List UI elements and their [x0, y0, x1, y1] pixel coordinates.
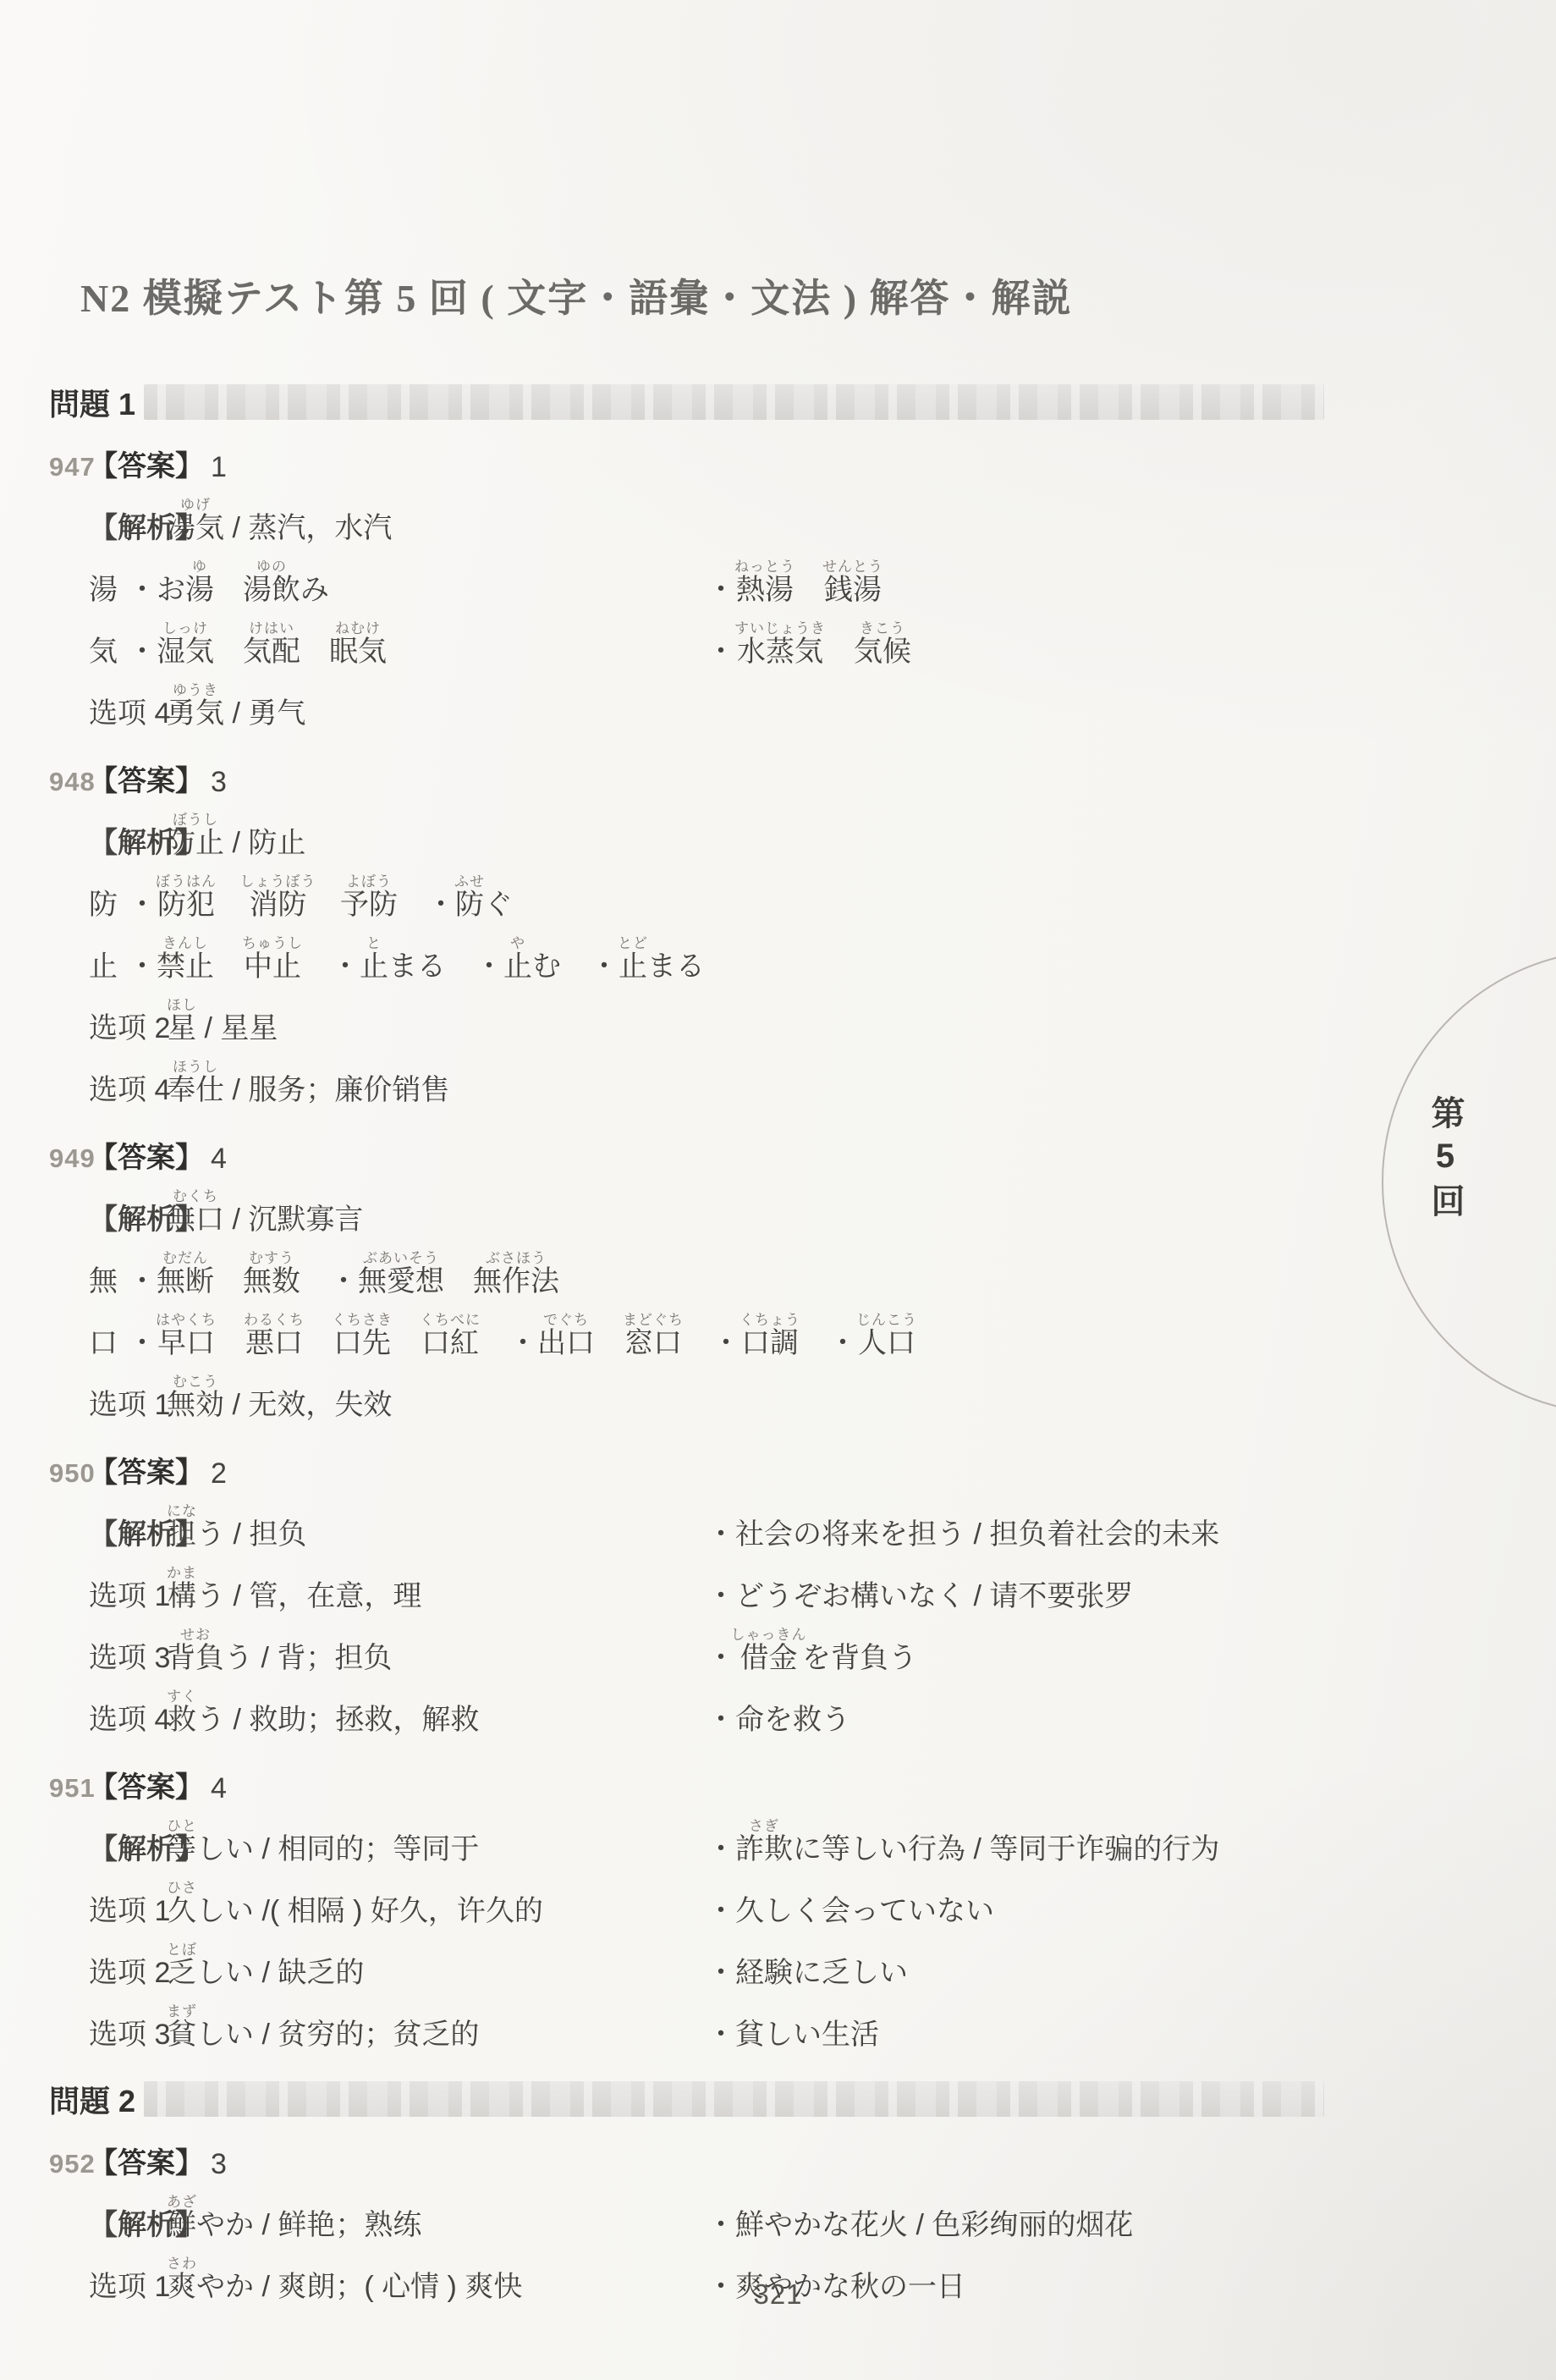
- row-text-left: 無効むこう / 无效，失效: [167, 1374, 392, 1423]
- row-text-left: 鮮あざやか / 鲜艳；熟练: [167, 2194, 421, 2243]
- ruby-word: 人口じんこう: [857, 1327, 917, 1359]
- text-run: ・: [128, 1265, 157, 1297]
- text-run: [304, 1327, 333, 1359]
- explanation-row: 选项 1久ひさしい /( 相隔 ) 好久，许久的・久しく会っていない: [89, 1869, 1522, 1931]
- row-text-left: 星ほし / 星星: [167, 997, 278, 1046]
- answer-value: 2: [211, 1457, 227, 1490]
- furigana: と: [360, 935, 388, 951]
- furigana: ねむけ: [329, 620, 387, 636]
- text-run: [214, 1265, 243, 1297]
- text-run: / 沉默寡言: [224, 1204, 363, 1236]
- answer-value: 3: [211, 2148, 227, 2181]
- explanation-row: 选项 3背負せおう / 背；担负・借金しゃっきんを背負う: [89, 1616, 1522, 1678]
- ruby-word: 星ほし: [167, 1012, 196, 1044]
- ruby-word: 無効むこう: [167, 1389, 224, 1421]
- text-run: ・命を救う: [707, 1704, 850, 1736]
- answer-value: 4: [211, 1143, 227, 1176]
- answer-row: 【答案】4: [89, 1135, 1522, 1177]
- row-label: 気: [89, 628, 128, 669]
- ruby-word: 勇気ゆうき: [167, 697, 224, 730]
- ruby-word: 救すく: [167, 1704, 196, 1736]
- furigana: ゆげ: [167, 497, 224, 513]
- text-run: しい / 缺乏的: [196, 1957, 364, 1989]
- furigana: むこう: [167, 1374, 224, 1390]
- furigana: しょうぼう: [240, 873, 316, 890]
- ruby-word: 湯気ゆげ: [167, 512, 224, 544]
- text-run: ・経験に乏しい: [707, 1957, 908, 1989]
- explanation-row: 选项 1無効むこう / 无效，失效: [89, 1363, 1522, 1424]
- answer-label: 【答案】: [89, 758, 204, 799]
- explanation-row: 【解析】無口むくち / 沉默寡言: [89, 1177, 1522, 1239]
- text-run: ・: [128, 1327, 157, 1359]
- row-label: 选项 3: [89, 2011, 167, 2052]
- row-label: 無: [89, 1258, 128, 1299]
- ruby-word: 気候きこう: [854, 636, 911, 668]
- ruby-word: 口調くちょう: [740, 1327, 800, 1359]
- answer-label: 【答案】: [89, 1764, 204, 1805]
- furigana: むすう: [243, 1250, 300, 1266]
- ruby-word: 口紅くちべに: [421, 1327, 480, 1359]
- answer-row: 【答案】3: [89, 2140, 1522, 2183]
- section-header: 問題 2: [49, 2080, 1324, 2118]
- chapter-tab-label: 第5回: [1421, 1095, 1470, 1226]
- row-text-right: ・経験に乏しい: [707, 1949, 908, 1991]
- furigana: ふせ: [454, 873, 485, 890]
- explanation-row: 选项 2乏とぼしい / 缺乏的・経験に乏しい: [89, 1931, 1522, 1992]
- row-text-right: ・どうぞお構いなく / 请不要张罗: [707, 1573, 1133, 1614]
- furigana: じんこう: [856, 1312, 917, 1328]
- ruby-word: 借金しゃっきん: [735, 1642, 802, 1674]
- row-text-right: ・貧しい生活: [707, 2011, 879, 2052]
- row-text-left: ・早口はやくち 悪口わるくち 口先くちさき 口紅くちべに ・出口でぐち 窓口まど…: [128, 1312, 917, 1361]
- analysis-label: 【解析】: [89, 2201, 167, 2243]
- row-label: 选项 4: [89, 1066, 167, 1108]
- row-text-left: 乏とぼしい / 缺乏的: [167, 1942, 364, 1991]
- row-label: 口: [89, 1319, 128, 1361]
- section-highlight-bar: [144, 384, 1324, 420]
- analysis-label: 【解析】: [89, 1196, 167, 1237]
- ruby-word: 中止ちゅうし: [243, 950, 302, 983]
- explanation-row: 【解析】担になう / 担负・社会の将来を担う / 担负着社会的未来: [89, 1492, 1522, 1554]
- answer-row: 【答案】1: [89, 443, 1522, 486]
- ruby-word: 背負せお: [167, 1642, 224, 1674]
- furigana: しゃっきん: [731, 1627, 807, 1643]
- furigana: すく: [167, 1689, 197, 1705]
- question-number: 948: [49, 767, 96, 797]
- furigana: さわ: [167, 2256, 197, 2272]
- text-run: ・: [707, 1833, 735, 1865]
- explanation-row: 选项 4奉仕ほうし / 服务；廉价销售: [89, 1048, 1522, 1110]
- furigana: ほし: [167, 997, 197, 1013]
- question-block: 948【答案】3【解析】防止ぼうし / 防止防・防犯ぼうはん 消防しょうぼう 予…: [0, 758, 1556, 1110]
- explanation-row: 选项 2星ほし / 星星: [89, 986, 1522, 1048]
- explanation-row: 防・防犯ぼうはん 消防しょうぼう 予防よぼう ・防ふせぐ: [89, 862, 1522, 924]
- text-run: [214, 950, 243, 983]
- row-text-right: ・借金しゃっきんを背負う: [707, 1627, 917, 1676]
- furigana: ねっとう: [734, 559, 795, 575]
- row-text-right: ・鮮やかな花火 / 色彩绚丽的烟花: [707, 2201, 1133, 2243]
- ruby-word: 口先くちさき: [333, 1327, 392, 1359]
- ruby-word: 湿気しっけ: [157, 636, 214, 668]
- furigana: まどぐち: [623, 1312, 684, 1328]
- furigana: ぶあいそう: [358, 1250, 444, 1266]
- text-run: ・お: [128, 574, 185, 606]
- row-text-left: ・禁止きんし 中止ちゅうし ・止とまる ・止やむ ・止とどまる: [128, 935, 705, 984]
- row-text-left: 久ひさしい /( 相隔 ) 好久，许久的: [167, 1880, 543, 1929]
- analysis-label: 【解析】: [89, 1511, 167, 1552]
- answer-row: 【答案】3: [89, 758, 1522, 801]
- row-label: 选项 4: [89, 1696, 167, 1738]
- text-run: う / 背；担负: [224, 1642, 392, 1674]
- furigana: でぐち: [537, 1312, 595, 1328]
- furigana: ゆの: [243, 559, 300, 575]
- text-run: [214, 574, 243, 606]
- explanation-row: 口・早口はやくち 悪口わるくち 口先くちさき 口紅くちべに ・出口でぐち 窓口ま…: [89, 1301, 1522, 1363]
- row-text-left: 防止ぼうし / 防止: [167, 812, 305, 861]
- answer-value: 1: [211, 451, 227, 484]
- question-number: 950: [49, 1458, 96, 1489]
- text-run: [214, 636, 243, 668]
- analysis-label: 【解析】: [89, 504, 167, 546]
- row-text-left: ・防犯ぼうはん 消防しょうぼう 予防よぼう ・防ふせぐ: [128, 873, 513, 923]
- answer-row: 【答案】4: [89, 1765, 1522, 1807]
- text-run: [300, 636, 329, 668]
- ruby-word: 湯飲ゆの: [243, 574, 300, 606]
- furigana: ひさ: [167, 1880, 197, 1896]
- furigana: ひと: [167, 1818, 197, 1834]
- text-run: ・: [683, 1327, 740, 1359]
- text-run: まる: [647, 950, 705, 983]
- ruby-word: 湯ゆ: [185, 574, 214, 606]
- ruby-word: 熱湯ねっとう: [735, 574, 794, 606]
- furigana: ぼうし: [167, 812, 224, 828]
- ruby-word: 無作法ぶさほう: [473, 1265, 559, 1297]
- ruby-word: 窓口まどぐち: [624, 1327, 683, 1359]
- text-run: ・: [128, 950, 157, 983]
- row-label: 选项 1: [89, 1573, 167, 1614]
- analysis-label: 【解析】: [89, 1826, 167, 1867]
- furigana: よぼう: [340, 873, 398, 890]
- furigana: ゆうき: [167, 682, 224, 698]
- ruby-word: 無口むくち: [167, 1204, 224, 1236]
- text-run: しい / 相同的；等同于: [196, 1833, 479, 1865]
- text-run: ぐ: [484, 889, 513, 921]
- ruby-word: 禁止きんし: [157, 950, 214, 983]
- ruby-word: 早口はやくち: [157, 1327, 216, 1359]
- scanned-book-page: N2 模擬テスト第 5 回 ( 文字・語彙・文法 ) 解答・解説 問題 1947…: [0, 0, 1556, 2380]
- text-run: う / 担负: [196, 1518, 306, 1551]
- text-run: う / 救助；拯救，解救: [196, 1704, 479, 1736]
- text-run: [444, 1265, 473, 1297]
- furigana: きんし: [157, 935, 214, 951]
- question-block: 949【答案】4【解析】無口むくち / 沉默寡言無・無断むだん 無数むすう ・無…: [0, 1135, 1556, 1424]
- text-run: [216, 1327, 245, 1359]
- ruby-word: 防止ぼうし: [167, 827, 224, 859]
- text-run: ・どうぞお構いなく / 请不要张罗: [707, 1580, 1133, 1612]
- ruby-word: 消防しょうぼう: [245, 889, 311, 921]
- ruby-word: 乏とぼ: [167, 1957, 196, 1989]
- explanation-row: 选项 4勇気ゆうき / 勇气: [89, 671, 1522, 733]
- ruby-word: 無愛想ぶあいそう: [358, 1265, 444, 1297]
- row-text-left: 構かまう / 管，在意，理: [167, 1565, 421, 1614]
- furigana: むくち: [167, 1188, 224, 1204]
- answer-label: 【答案】: [89, 443, 204, 484]
- ruby-word: 眠気ねむけ: [329, 636, 387, 668]
- ruby-word: 止とど: [619, 950, 647, 983]
- answer-row: 【答案】2: [89, 1450, 1522, 1492]
- question-number: 949: [49, 1143, 96, 1174]
- text-run: / 蒸汽，水汽: [224, 512, 392, 544]
- text-run: ・: [128, 889, 157, 921]
- ruby-word: 止や: [503, 950, 532, 983]
- ruby-word: 止と: [360, 950, 388, 983]
- row-label: 选项 2: [89, 1005, 167, 1046]
- furigana: ほうし: [167, 1059, 224, 1075]
- row-label: 防: [89, 881, 128, 923]
- explanation-row: 止・禁止きんし 中止ちゅうし ・止とまる ・止やむ ・止とどまる: [89, 924, 1522, 986]
- answer-label: 【答案】: [89, 1449, 204, 1490]
- question-block: 950【答案】2【解析】担になう / 担负・社会の将来を担う / 担负着社会的未…: [0, 1450, 1556, 1739]
- explanation-row: 無・無断むだん 無数むすう ・無愛想ぶあいそう 無作法ぶさほう: [89, 1239, 1522, 1301]
- text-run: に等しい行為 / 等同于诈骗的行为: [793, 1833, 1219, 1865]
- text-run: ・: [300, 1265, 358, 1297]
- ruby-word: 担にな: [167, 1518, 196, 1551]
- text-run: / 防止: [224, 827, 305, 859]
- answer-explanations: 問題 1947【答案】1【解析】湯気ゆげ / 蒸汽，水汽湯・お湯ゆ 湯飲ゆのみ・…: [0, 383, 1556, 2332]
- furigana: わるくち: [244, 1312, 305, 1328]
- text-run: まる ・: [388, 950, 503, 983]
- row-text-left: 無口むくち / 沉默寡言: [167, 1188, 363, 1237]
- ruby-word: 水蒸気すいじょうき: [735, 636, 825, 668]
- explanation-row: 选项 4救すくう / 救助；拯救，解救・命を救う: [89, 1678, 1522, 1739]
- ruby-word: 防ふせ: [455, 889, 484, 921]
- text-run: ・: [480, 1327, 537, 1359]
- furigana: くちょう: [740, 1312, 800, 1328]
- section-heading: 問題 2: [49, 2078, 135, 2121]
- ruby-word: 等ひと: [167, 1833, 196, 1865]
- text-run: [392, 1327, 421, 1359]
- answer-label: 【答案】: [89, 2140, 204, 2181]
- furigana: きこう: [854, 620, 911, 636]
- text-run: む ・: [532, 950, 619, 983]
- row-label: 选项 3: [89, 1634, 167, 1676]
- furigana: しっけ: [157, 620, 214, 636]
- explanation-row: 【解析】湯気ゆげ / 蒸汽，水汽: [89, 486, 1522, 548]
- text-run: ・社会の将来を担う / 担负着社会的未来: [707, 1518, 1219, 1551]
- text-run: ・: [398, 889, 455, 921]
- explanation-row: 気・湿気しっけ 気配けはい 眠気ねむけ・水蒸気すいじょうき 気候きこう: [89, 609, 1522, 671]
- furigana: くちさき: [332, 1312, 393, 1328]
- ruby-word: 奉仕ほうし: [167, 1074, 224, 1106]
- ruby-word: 悪口わるくち: [245, 1327, 304, 1359]
- answer-label: 【答案】: [89, 1134, 204, 1176]
- text-run: / 服务；廉价销售: [224, 1074, 449, 1106]
- furigana: かま: [167, 1565, 197, 1581]
- row-text-right: ・詐欺さぎに等しい行為 / 等同于诈骗的行为: [707, 1818, 1219, 1867]
- furigana: さぎ: [735, 1818, 793, 1834]
- section-highlight-bar: [144, 2081, 1324, 2117]
- furigana: せんとう: [822, 559, 883, 575]
- row-text-left: 担になう / 担负: [167, 1503, 306, 1552]
- furigana: ゆ: [185, 559, 214, 575]
- text-run: [595, 1327, 624, 1359]
- row-text-right: ・水蒸気すいじょうき 気候きこう: [707, 620, 911, 669]
- row-text-left: 奉仕ほうし / 服务；廉价销售: [167, 1059, 449, 1108]
- furigana: とど: [618, 935, 648, 951]
- explanation-row: 湯・お湯ゆ 湯飲ゆのみ・熱湯ねっとう 銭湯せんとう: [89, 548, 1522, 609]
- section-header: 問題 1: [49, 383, 1324, 421]
- ruby-word: 防犯ぼうはん: [157, 889, 216, 921]
- furigana: まず: [167, 2003, 197, 2019]
- answer-value: 4: [211, 1772, 227, 1805]
- explanation-row: 【解析】鮮あざやか / 鲜艳；熟练・鮮やかな花火 / 色彩绚丽的烟花: [89, 2183, 1522, 2245]
- text-run: を背負う: [802, 1642, 917, 1674]
- text-run: ・: [128, 636, 157, 668]
- ruby-word: 久ひさ: [167, 1895, 196, 1927]
- analysis-label: 【解析】: [89, 819, 167, 861]
- ruby-word: 貧まず: [167, 2019, 196, 2051]
- text-run: ・久しく会っていない: [707, 1895, 994, 1927]
- explanation-row: 【解析】防止ぼうし / 防止: [89, 801, 1522, 862]
- text-run: やか / 鲜艳；熟练: [196, 2209, 421, 2241]
- furigana: ぶさほう: [473, 1250, 559, 1266]
- row-label: 止: [89, 943, 128, 984]
- ruby-word: 気配けはい: [243, 636, 300, 668]
- question-number: 951: [49, 1773, 96, 1804]
- question-number: 952: [49, 2149, 96, 2179]
- answer-value: 3: [211, 766, 227, 799]
- row-label: 选项 2: [89, 1949, 167, 1991]
- furigana: すいじょうき: [734, 620, 826, 636]
- row-text-right: ・熱湯ねっとう 銭湯せんとう: [707, 559, 883, 608]
- row-text-left: ・湿気しっけ 気配けはい 眠気ねむけ: [128, 620, 387, 669]
- page-title: N2 模擬テスト第 5 回 ( 文字・語彙・文法 ) 解答・解説: [80, 267, 1073, 323]
- row-label: 湯: [89, 566, 128, 608]
- text-run: ・: [707, 636, 735, 668]
- ruby-word: 銭湯せんとう: [823, 574, 883, 606]
- row-text-left: 勇気ゆうき / 勇气: [167, 682, 305, 731]
- text-run: / 勇气: [224, 697, 305, 730]
- ruby-word: 構かま: [167, 1580, 196, 1612]
- row-text-right: ・久しく会っていない: [707, 1887, 994, 1929]
- furigana: ちゅうし: [242, 935, 303, 951]
- text-run: ・: [302, 950, 360, 983]
- text-run: ・: [800, 1327, 857, 1359]
- text-run: ・貧しい生活: [707, 2019, 879, 2051]
- text-run: / 星星: [196, 1012, 278, 1044]
- row-text-left: 救すくう / 救助；拯救，解救: [167, 1689, 479, 1738]
- row-text-left: ・お湯ゆ 湯飲ゆのみ: [128, 559, 329, 608]
- row-label: 选项 4: [89, 690, 167, 731]
- row-label: 选项 1: [89, 1887, 167, 1929]
- text-run: ・: [707, 574, 735, 606]
- row-text-left: 貧まずしい / 贫穷的；贫乏的: [167, 2003, 479, 2052]
- text-run: [794, 574, 823, 606]
- furigana: ぼうはん: [156, 873, 217, 890]
- row-text-left: ・無断むだん 無数むすう ・無愛想ぶあいそう 無作法ぶさほう: [128, 1250, 559, 1299]
- ruby-word: 予防よぼう: [340, 889, 398, 921]
- page-number: 321: [0, 2278, 1556, 2311]
- furigana: せお: [167, 1627, 224, 1643]
- text-run: [825, 636, 854, 668]
- furigana: むだん: [157, 1250, 214, 1266]
- row-text-right: ・社会の将来を担う / 担负着社会的未来: [707, 1511, 1219, 1552]
- ruby-word: 出口でぐち: [537, 1327, 595, 1359]
- ruby-word: 詐欺さぎ: [735, 1833, 793, 1865]
- text-run: [311, 889, 340, 921]
- ruby-word: 鮮あざ: [167, 2209, 196, 2241]
- row-text-right: ・命を救う: [707, 1696, 850, 1738]
- furigana: あざ: [167, 2194, 197, 2210]
- text-run: しい / 贫穷的；贫乏的: [196, 2019, 479, 2051]
- explanation-row: 【解析】等ひとしい / 相同的；等同于・詐欺さぎに等しい行為 / 等同于诈骗的行…: [89, 1807, 1522, 1869]
- row-text-left: 背負せおう / 背；担负: [167, 1627, 392, 1676]
- question-number: 947: [49, 452, 96, 482]
- furigana: けはい: [243, 620, 300, 636]
- explanation-row: 选项 3貧まずしい / 贫穷的；贫乏的・貧しい生活: [89, 1992, 1522, 2054]
- row-label: 选项 1: [89, 1381, 167, 1423]
- text-run: ・鮮やかな花火 / 色彩绚丽的烟花: [707, 2209, 1133, 2241]
- furigana: はやくち: [156, 1312, 217, 1328]
- text-run: / 无效，失效: [224, 1389, 392, 1421]
- question-block: 947【答案】1【解析】湯気ゆげ / 蒸汽，水汽湯・お湯ゆ 湯飲ゆのみ・熱湯ねっ…: [0, 443, 1556, 733]
- row-text-left: 等ひとしい / 相同的；等同于: [167, 1818, 479, 1867]
- furigana: にな: [167, 1503, 197, 1519]
- explanation-row: 选项 1構かまう / 管，在意，理・どうぞお構いなく / 请不要张罗: [89, 1554, 1522, 1616]
- section-heading: 問題 1: [49, 381, 135, 424]
- text-run: しい /( 相隔 ) 好久，许久的: [196, 1895, 543, 1927]
- furigana: とぼ: [167, 1942, 197, 1958]
- ruby-word: 無数むすう: [243, 1265, 300, 1297]
- row-text-left: 湯気ゆげ / 蒸汽，水汽: [167, 497, 392, 546]
- text-run: う / 管，在意，理: [196, 1580, 421, 1612]
- furigana: や: [503, 935, 532, 951]
- furigana: くちべに: [420, 1312, 481, 1328]
- ruby-word: 無断むだん: [157, 1265, 214, 1297]
- question-block: 951【答案】4【解析】等ひとしい / 相同的；等同于・詐欺さぎに等しい行為 /…: [0, 1765, 1556, 2054]
- text-run: み: [300, 574, 329, 606]
